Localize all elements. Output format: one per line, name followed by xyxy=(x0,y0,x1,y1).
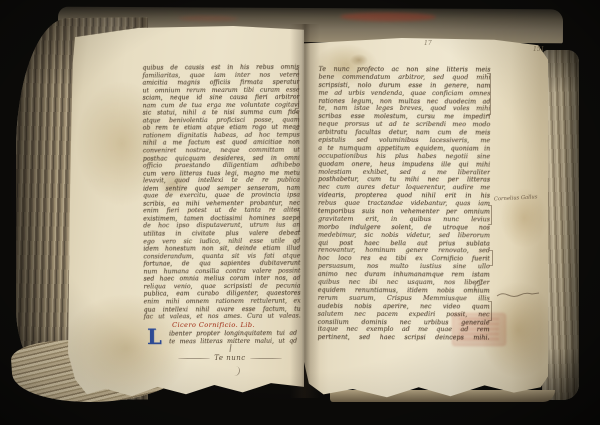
manuscript-line: idem sentire quod semper senseram, nam xyxy=(143,185,300,193)
faded-library-stamp xyxy=(452,313,506,346)
manuscript-line: utilitas in civitate plus valere debeat xyxy=(143,230,300,238)
manuscript-line: quibus de causis est in his rebus omnis xyxy=(142,64,299,72)
manuscript-line: morbo indulgere solent, de utroque nos xyxy=(318,224,490,232)
catchword-flourish-bottom xyxy=(231,365,241,376)
manuscript-photo: quibus de causis est in his rebus omnisf… xyxy=(0,0,600,425)
catchword-flourish-top xyxy=(229,344,231,352)
manuscript-line: videaris, propterea quod nihil erit in h… xyxy=(318,192,490,200)
manuscript-line: existimem, tamen doctissimi homines saep… xyxy=(143,215,300,223)
manuscript-line: a te numquam appetitum equidem, quoniam … xyxy=(318,145,490,153)
manuscript-line: qui post haec bella aut prius sublata xyxy=(318,239,490,247)
manuscript-line: animo nec duram inhumanamque rem istam xyxy=(318,271,490,279)
catchword: Te nunc xyxy=(214,354,245,362)
manuscript-line: ob rem te etiam atque etiam rogo ut meae xyxy=(143,124,300,132)
manuscript-line: sic statui, nihil a te nisi summa cum fi… xyxy=(143,109,300,117)
red-edge-stain-small xyxy=(178,15,238,21)
manuscript-line: fac ut valeas, et nos ames. Cura ut vale… xyxy=(144,313,301,321)
manuscript-line: temporibus suis non vehementer per omniu… xyxy=(318,208,490,216)
manuscript-line: cum vero litteras tuas legi, magno me me… xyxy=(143,169,300,177)
manuscript-line: audebis nobis aperire, nec video quam xyxy=(318,303,490,311)
manuscript-line: fortunae, de qua sapientes dubitaverunt xyxy=(143,260,300,268)
manuscript-line: nihil a me factum est quod amicitiae non xyxy=(143,139,300,147)
catchword-dash-left xyxy=(178,358,210,359)
manuscript-line: scripsisti, nolo durum esse in genere, n… xyxy=(318,82,490,90)
ink-bracket xyxy=(295,112,299,130)
ink-bracket xyxy=(296,210,300,232)
rubric-heading: Cicero Cornificio. Lib. xyxy=(172,321,255,329)
right-page-text-block: Te nunc profecto ac non sine litteris me… xyxy=(318,66,491,343)
manuscript-line: sciam, neque id sine causa fieri arbitro… xyxy=(142,94,299,102)
manuscript-line: rationes legum, non multas nec duodecim … xyxy=(318,97,490,105)
manuscript-line: ibenter propter longinquitatem tui ad xyxy=(169,330,297,338)
manuscript-line: posthabetur, cum tu mihi nec per littera… xyxy=(318,176,490,184)
manuscript-line: publica, eam curabo diligenter, quaestor… xyxy=(144,290,301,298)
manuscript-line: hoc loco res ea tibi ex Cornificio fueri… xyxy=(318,255,490,263)
ink-bracket xyxy=(488,205,492,225)
manuscript-line: idem honestum non sit, deinde etiam illu… xyxy=(143,245,300,253)
ink-bracket xyxy=(489,250,493,266)
manuscript-line: sed haec omnia melius coram inter nos, a… xyxy=(143,275,300,283)
catchword-dash-right xyxy=(250,358,282,359)
manuscript-line: qua intellexi nihil avare esse factum, t… xyxy=(144,305,301,313)
left-page-text-block: quibus de causis est in his rebus omnisf… xyxy=(142,64,300,321)
folio-mark: 17 xyxy=(424,40,432,47)
manuscript-line: quodam onere, heus impudens ille qui mih… xyxy=(318,161,490,169)
illuminated-initial: L xyxy=(147,326,162,347)
ink-bracket xyxy=(295,69,299,109)
manuscript-line: Te nunc profecto ac non sine litteris me… xyxy=(318,66,490,74)
catchword-group: Te nunc xyxy=(178,344,282,376)
red-edge-stain xyxy=(340,12,436,22)
parchment-stain xyxy=(350,54,368,66)
nota-pen-mark xyxy=(473,277,485,297)
manuscript-line: scribas esse molestum, cursu me impediri xyxy=(318,113,490,121)
ink-bracket xyxy=(487,73,491,115)
manuscript-line: posthac quicquam desideres, sed in omni xyxy=(143,154,300,162)
margin-flourish-mark xyxy=(496,285,540,304)
manuscript-line: arbitratu facultas detur, nam cum de mei… xyxy=(318,129,490,137)
manuscript-line: scribis, ea mihi vehementer probantur, n… xyxy=(143,200,300,208)
manuscript-line: equidem renuntiamus, itidem nobis omnium xyxy=(318,287,490,295)
folio-number: 151 xyxy=(533,46,544,53)
manuscript-line: amicitia magnis officiis firmata speratu… xyxy=(142,79,299,87)
